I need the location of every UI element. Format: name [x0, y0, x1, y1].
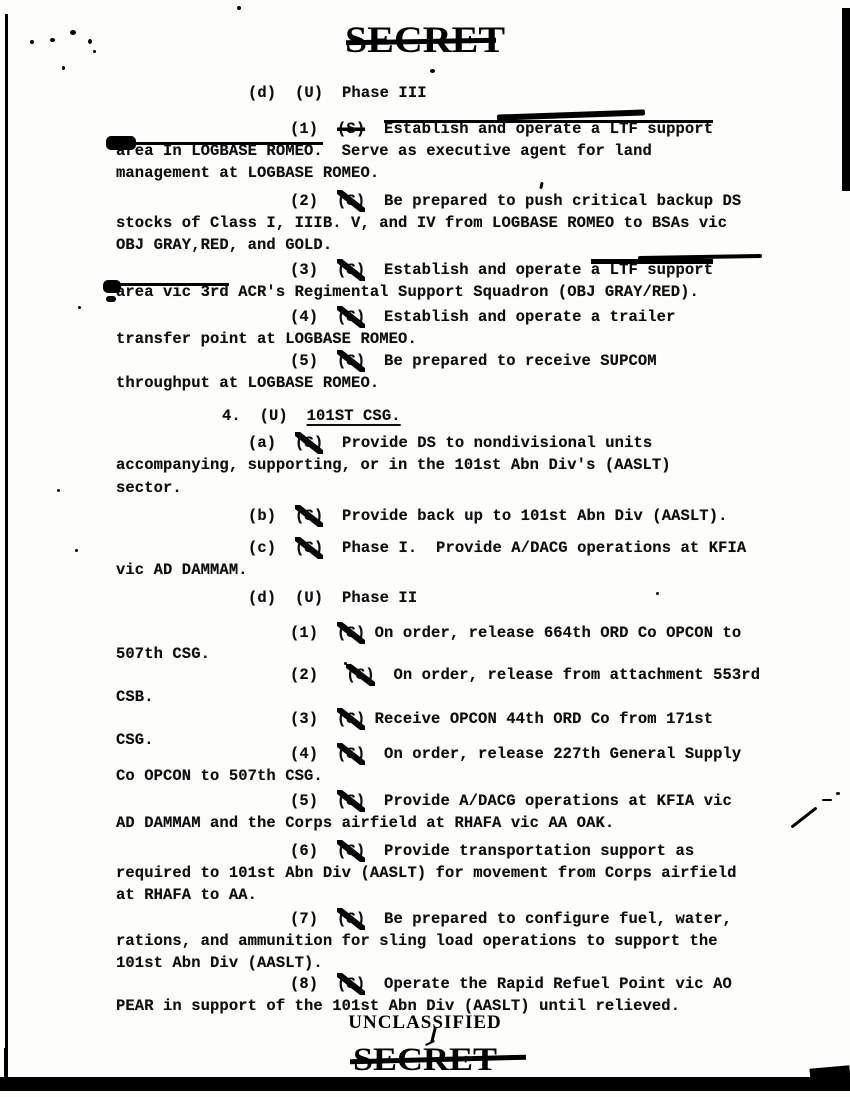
- text-segment: (5): [290, 350, 337, 372]
- ink-speck: [30, 40, 34, 44]
- text-segment: required to 101st Abn Div (AASLT) for mo…: [116, 862, 737, 884]
- text-line: (5) (S) Provide A/DACG operations at KFI…: [290, 790, 732, 812]
- scan-left-border: [5, 14, 8, 1080]
- text-line: vic AD DAMMAM.: [116, 559, 248, 581]
- text-segment: Establish and operate a LTF support: [384, 118, 713, 140]
- text-segment: vic AD DAMMAM.: [116, 559, 248, 581]
- text-segment: On order, release 227th General Supply: [365, 743, 741, 765]
- text-segment: [365, 118, 384, 140]
- text-segment: Provide DS to nondivisional units: [323, 432, 652, 454]
- text-segment: Phase I. Provide A/DACG operations at KF…: [323, 537, 746, 559]
- ink-speck: [836, 792, 840, 795]
- text-segment: (3): [290, 708, 337, 730]
- ink-speck: [93, 50, 96, 53]
- text-segment: (c): [248, 537, 295, 559]
- scan-left-border-foot: [4, 1048, 8, 1080]
- text-segment: (3): [290, 259, 337, 281]
- text-line: transfer point at LOGBASE ROMEO.: [116, 328, 417, 350]
- struck-classification-marking: (S): [295, 432, 323, 454]
- text-line: (4) (S) Establish and operate a trailer: [290, 306, 675, 328]
- text-line: area vic 3rd ACR's Regimental Support Sq…: [116, 281, 699, 303]
- text-segment: at RHAFA to AA.: [116, 884, 257, 906]
- text-segment: (d) (U) Phase II: [248, 587, 417, 609]
- ink-speck: [237, 6, 241, 10]
- text-segment: (d) (U) Phase III: [248, 82, 427, 104]
- text-segment: 4. (U): [222, 405, 307, 427]
- text-line: (7) (S) Be prepared to configure fuel, w…: [290, 908, 732, 930]
- text-line: required to 101st Abn Div (AASLT) for mo…: [116, 862, 737, 884]
- text-segment: Be prepared to configure fuel, water,: [365, 908, 732, 930]
- text-segment: CSB.: [116, 686, 154, 708]
- struck-classification-marking: (S): [337, 259, 365, 281]
- ink-speck: [70, 30, 76, 35]
- text-segment: 101ST CSG.: [307, 405, 401, 427]
- text-segment: (7): [290, 908, 337, 930]
- text-segment: Operate the Rapid Refuel Point vic AO: [365, 973, 732, 995]
- handwritten-mark: [539, 182, 543, 189]
- text-line: (d) (U) Phase II: [248, 587, 417, 609]
- scan-bottom-border: [0, 1077, 850, 1091]
- text-segment: Co OPCON to 507th CSG.: [116, 765, 323, 787]
- struck-classification-marking: (S): [295, 537, 323, 559]
- struck-classification-marking: (S): [337, 908, 365, 930]
- ink-speck: [62, 66, 65, 70]
- text-segment: Provide transportation support as: [365, 840, 694, 862]
- ink-speck: [75, 549, 78, 552]
- text-segment: Be prepared to receive SUPCOM: [365, 350, 656, 372]
- ink-speck: [344, 662, 347, 665]
- struck-classification-marking: (S): [337, 306, 365, 328]
- text-line: Co OPCON to 507th CSG.: [116, 765, 323, 787]
- text-line: 4. (U) 101ST CSG.: [222, 405, 401, 427]
- text-line: 507th CSG.: [116, 643, 210, 665]
- redaction-blob: [106, 296, 116, 302]
- text-segment: 101st Abn Div (AASLT).: [116, 952, 323, 974]
- document-page: SECRET (d) (U) Phase III(1) (S) Establis…: [0, 0, 850, 1097]
- text-segment: (4): [290, 306, 337, 328]
- text-segment: 507th CSG.: [116, 643, 210, 665]
- text-segment: a LTF support: [591, 259, 713, 281]
- struck-classification-marking: (S): [337, 743, 365, 765]
- redaction-blob: [106, 136, 136, 150]
- text-segment: stocks of Class I, IIIB. V, and IV from …: [116, 212, 727, 234]
- struck-classification-marking: (S): [295, 505, 323, 527]
- ink-speck: [88, 39, 92, 44]
- ink-speck: [430, 69, 435, 73]
- text-line: (1) (S) Establish and operate a LTF supp…: [290, 118, 713, 140]
- ink-speck: [50, 38, 55, 42]
- struck-classification-marking: (S): [337, 840, 365, 862]
- text-line: (b) (S) Provide back up to 101st Abn Div…: [248, 505, 728, 527]
- text-segment: AD DAMMAM and the Corps airfield at RHAF…: [116, 812, 614, 834]
- text-line: (2) (S) On order, release from attachmen…: [290, 664, 760, 686]
- text-segment: Provide back up to 101st Abn Div (AASLT)…: [323, 505, 727, 527]
- text-segment: (6): [290, 840, 337, 862]
- text-line: OBJ GRAY,RED, and GOLD.: [116, 234, 332, 256]
- text-line: throughput at LOGBASE ROMEO.: [116, 372, 379, 394]
- text-line: (3) (S) Establish and operate a LTF supp…: [290, 259, 713, 281]
- text-line: management at LOGBASE ROMEO.: [116, 162, 379, 184]
- ink-speck: [78, 306, 81, 309]
- footer-unclassified-label: UNCLASSIFIED: [0, 1012, 850, 1034]
- text-segment: (5): [290, 790, 337, 812]
- text-line: CSG.: [116, 729, 154, 751]
- text-segment: (4): [290, 743, 337, 765]
- text-line: (2) (S) Be prepared to push critical bac…: [290, 190, 741, 212]
- text-line: at RHAFA to AA.: [116, 884, 257, 906]
- ink-speck: [656, 592, 659, 595]
- text-line: sector.: [116, 477, 182, 499]
- text-segment: On order, release 664th ORD Co OPCON to: [365, 622, 741, 644]
- text-line: stocks of Class I, IIIB. V, and IV from …: [116, 212, 727, 234]
- text-segment: (a): [248, 432, 295, 454]
- text-line: (4) (S) On order, release 227th General …: [290, 743, 741, 765]
- text-segment: (2): [290, 664, 346, 686]
- redaction-blob: [103, 280, 121, 293]
- text-segment: transfer point at LOGBASE ROMEO.: [116, 328, 417, 350]
- text-line: AD DAMMAM and the Corps airfield at RHAF…: [116, 812, 614, 834]
- text-segment: sector.: [116, 477, 182, 499]
- text-line: 101st Abn Div (AASLT).: [116, 952, 323, 974]
- text-segment: (2): [290, 190, 337, 212]
- text-segment: (1): [290, 622, 337, 644]
- scan-right-border: [842, 8, 850, 191]
- text-line: (a) (S) Provide DS to nondivisional unit…: [248, 432, 652, 454]
- struck-classification-marking: (S): [346, 664, 374, 686]
- text-line: accompanying, supporting, or in the 101s…: [116, 454, 671, 476]
- struck-classification-marking: (S): [337, 190, 365, 212]
- text-segment: area In LOGBASE ROMEO.: [116, 140, 323, 162]
- text-segment: OBJ GRAY,RED, and GOLD.: [116, 234, 332, 256]
- text-segment: CSG.: [116, 729, 154, 751]
- text-line: CSB.: [116, 686, 154, 708]
- text-line: (d) (U) Phase III: [248, 82, 427, 104]
- text-line: (5) (S) Be prepared to receive SUPCOM: [290, 350, 657, 372]
- text-segment: On order, release from attachment 553rd: [375, 664, 760, 686]
- text-segment: (b): [248, 505, 295, 527]
- text-segment: accompanying, supporting, or in the 101s…: [116, 454, 671, 476]
- text-segment: Establish and operate a trailer: [365, 306, 675, 328]
- handwritten-mark: [822, 799, 832, 801]
- handwritten-mark: [790, 806, 817, 828]
- text-segment: throughput at LOGBASE ROMEO.: [116, 372, 379, 394]
- text-segment: Establish and operate: [365, 259, 591, 281]
- text-segment: Be prepared to push critical backup DS: [365, 190, 741, 212]
- text-line: (c) (S) Phase I. Provide A/DACG operatio…: [248, 537, 746, 559]
- text-segment: area vic 3rd: [116, 281, 229, 303]
- text-segment: ACR's Regimental Support Squadron (OBJ G…: [229, 281, 699, 303]
- text-line: area In LOGBASE ROMEO. Serve as executiv…: [116, 140, 652, 162]
- ink-speck: [57, 489, 60, 492]
- struck-classification-marking: (S): [337, 118, 365, 140]
- text-segment: management at LOGBASE ROMEO.: [116, 162, 379, 184]
- text-line: rations, and ammunition for sling load o…: [116, 930, 718, 952]
- text-segment: Serve as executive agent for land: [323, 140, 652, 162]
- text-segment: Provide A/DACG operations at KFIA vic: [365, 790, 732, 812]
- text-segment: rations, and ammunition for sling load o…: [116, 930, 718, 952]
- text-segment: (8): [290, 973, 337, 995]
- text-line: (1) (S) On order, release 664th ORD Co O…: [290, 622, 741, 644]
- struck-classification-marking: (S): [337, 790, 365, 812]
- struck-classification-marking: (S): [337, 622, 365, 644]
- text-segment: Receive OPCON 44th ORD Co from 171st: [365, 708, 713, 730]
- text-line: (8) (S) Operate the Rapid Refuel Point v…: [290, 973, 732, 995]
- struck-classification-marking: (S): [337, 350, 365, 372]
- struck-classification-marking: (S): [337, 708, 365, 730]
- text-line: (6) (S) Provide transportation support a…: [290, 840, 694, 862]
- struck-classification-marking: (S): [337, 973, 365, 995]
- text-line: (3) (S) Receive OPCON 44th ORD Co from 1…: [290, 708, 713, 730]
- text-segment: (1): [290, 118, 337, 140]
